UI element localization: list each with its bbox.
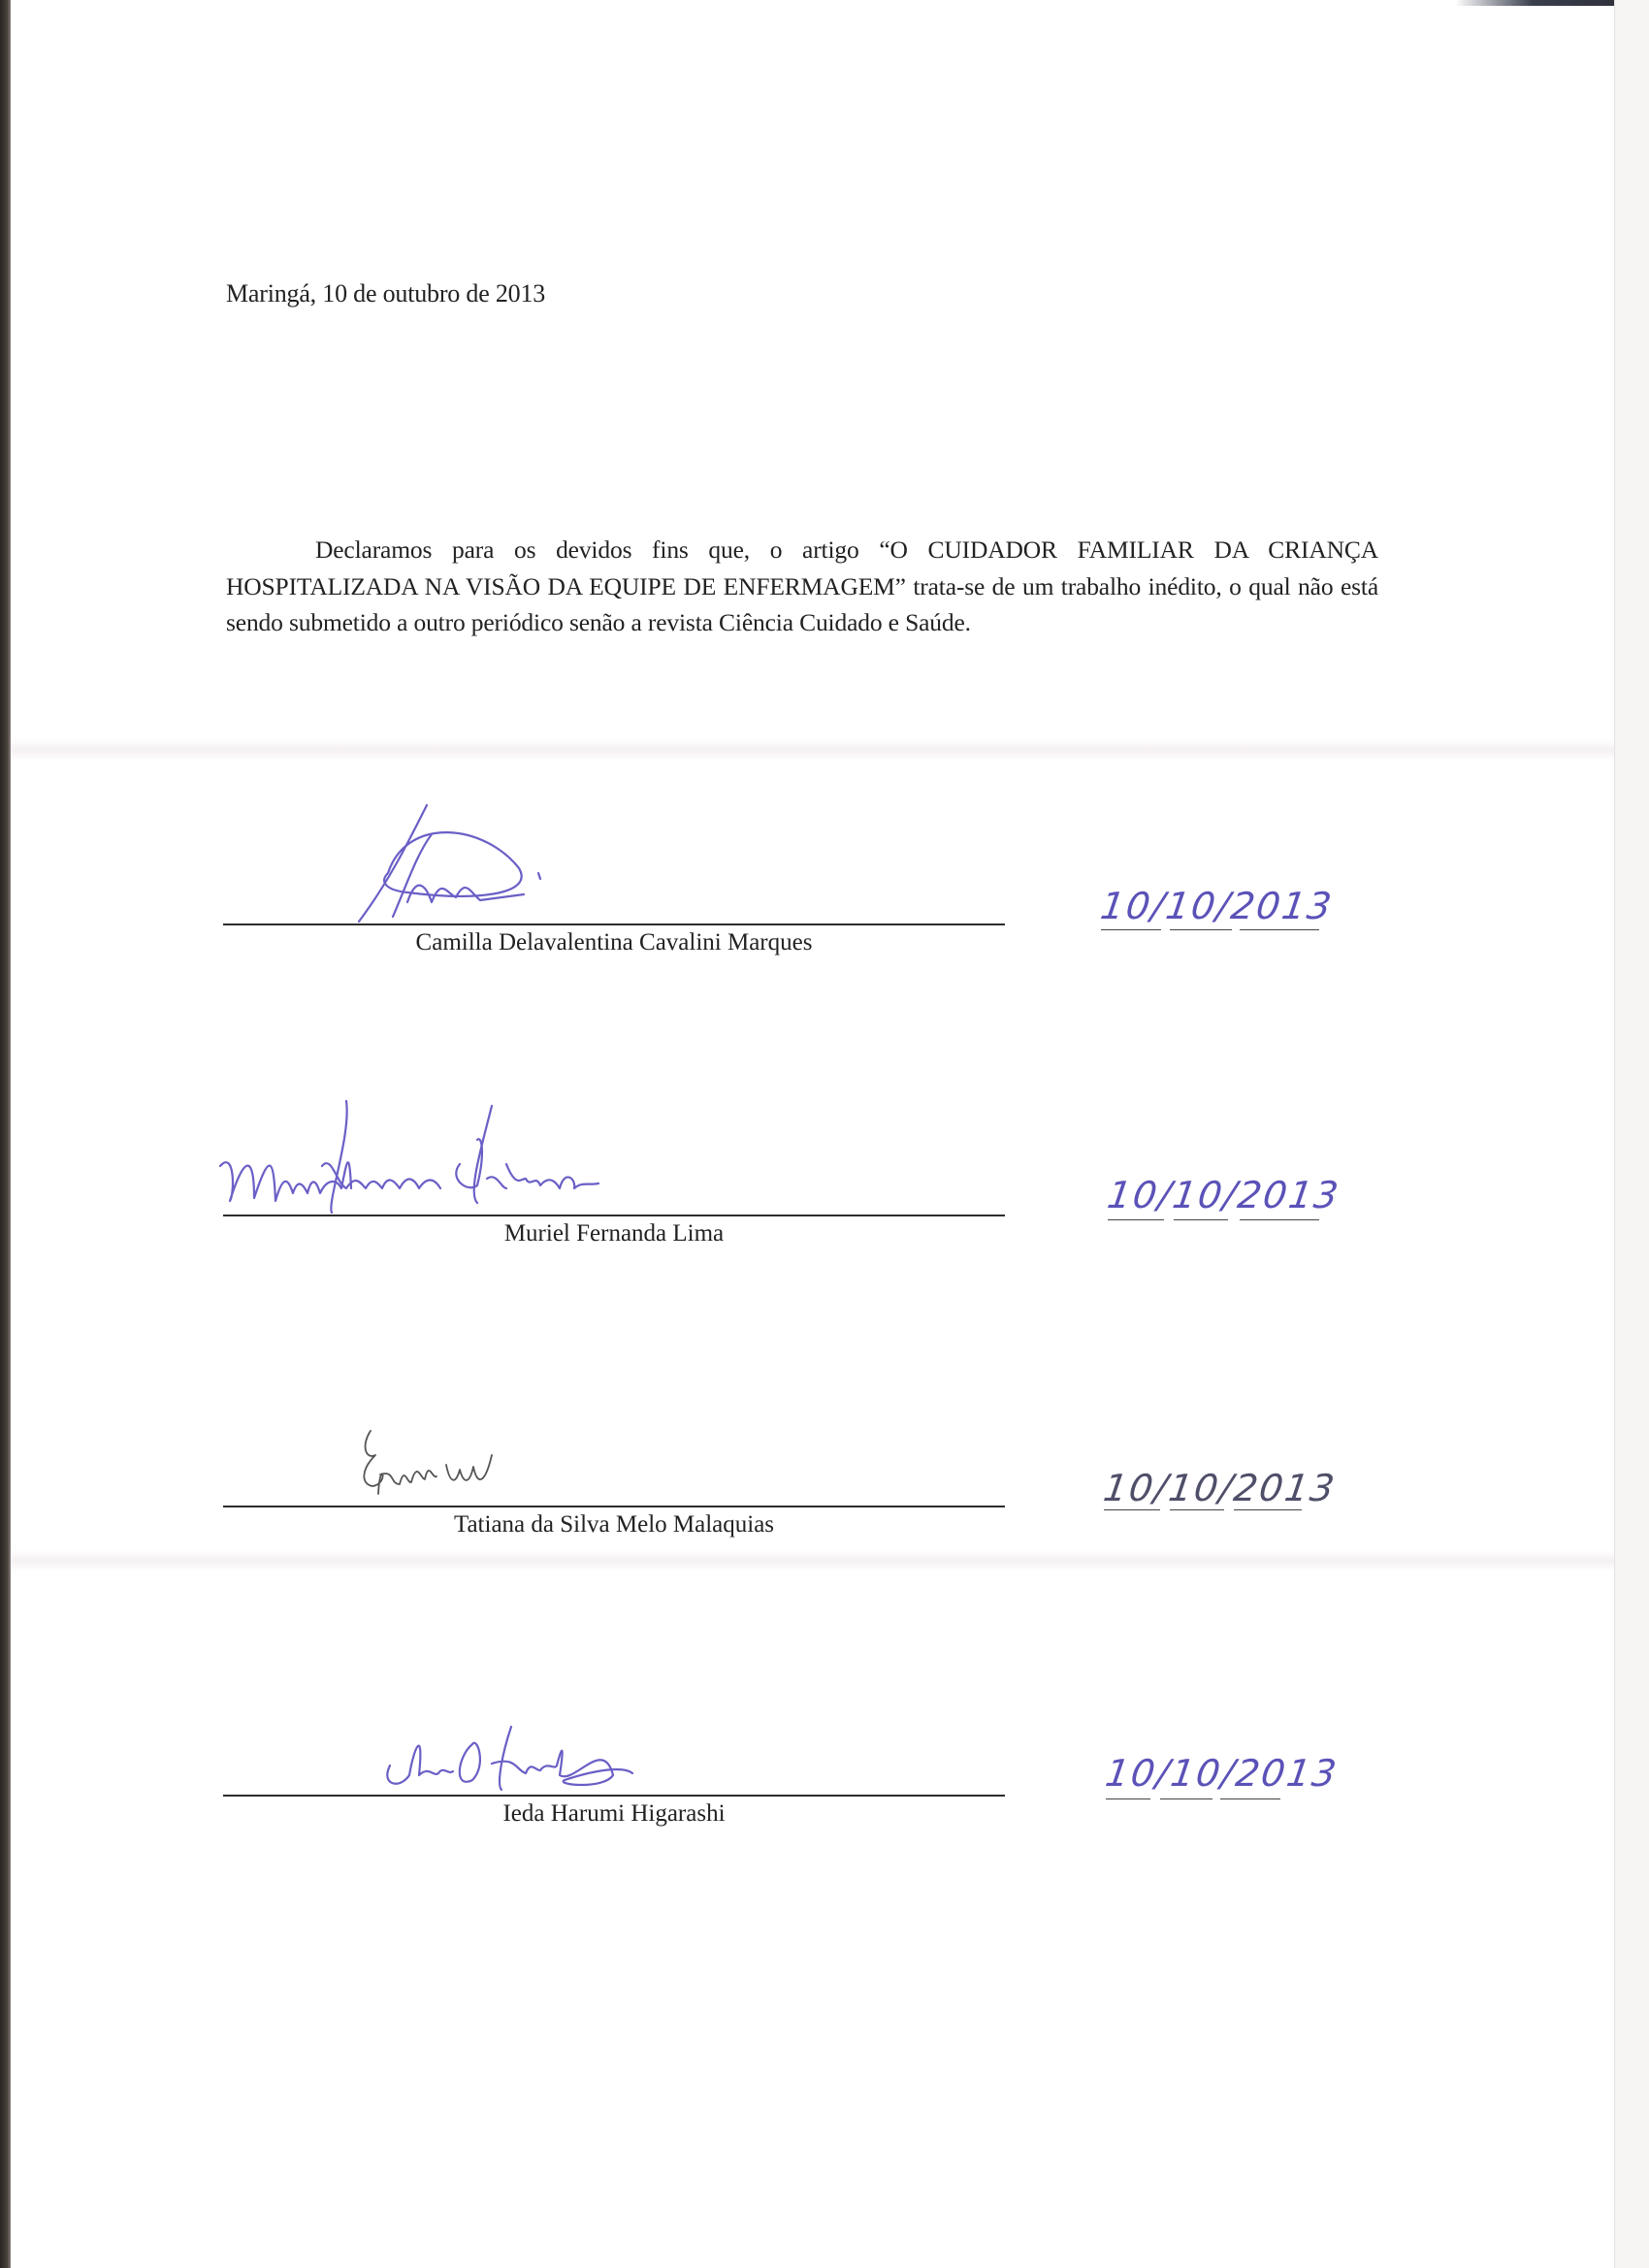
date-underline <box>1160 1798 1212 1799</box>
signatory-name: Tatiana da Silva Melo Malaquias <box>223 1511 1005 1539</box>
date-underline <box>1240 929 1319 930</box>
signature-line <box>223 1795 1005 1797</box>
signatory-name: Muriel Fernanda Lima <box>223 1220 1005 1247</box>
date-underline <box>1106 1798 1150 1799</box>
handwritten-date: 10/10/2013 <box>1105 1174 1342 1216</box>
date-underline <box>1240 1219 1319 1220</box>
signatory-name: Camilla Delavalentina Cavalini Marques <box>223 929 1005 956</box>
declaration-paragraph: Declaramos para os devidos fins que, o a… <box>226 532 1378 641</box>
scan-artifact-band <box>11 1550 1614 1571</box>
scan-artifact-band <box>11 739 1614 761</box>
signature-block: Muriel Fernanda Lima 10/10/2013 <box>0 1096 1649 1232</box>
date-underline <box>1234 1509 1302 1510</box>
signatory-name: Ieda Harumi Higarashi <box>223 1800 1005 1828</box>
signature-line <box>223 923 1005 925</box>
signature-block: Ieda Harumi Higarashi 10/10/2013 <box>0 1717 1649 1853</box>
signature-line <box>223 1506 1005 1507</box>
date-underline <box>1220 1798 1280 1799</box>
signature-scribble-icon <box>349 795 601 931</box>
date-underline <box>1174 1219 1228 1220</box>
signature-scribble-icon <box>341 1416 565 1513</box>
date-underline <box>1104 1509 1160 1510</box>
handwritten-date: 10/10/2013 <box>1103 1752 1341 1795</box>
signature-block: Camilla Delavalentina Cavalini Marques 1… <box>0 795 1649 931</box>
place-and-date: Maringá, 10 de outubro de 2013 <box>226 279 545 308</box>
date-underline <box>1170 929 1232 930</box>
handwritten-date: 10/10/2013 <box>1098 885 1336 927</box>
date-underline <box>1101 929 1161 930</box>
signature-line <box>223 1215 1005 1216</box>
date-underline <box>1170 1509 1224 1510</box>
signature-block: Tatiana da Silva Melo Malaquias 10/10/20… <box>0 1416 1649 1552</box>
handwritten-date: 10/10/2013 <box>1101 1467 1339 1509</box>
signature-scribble-icon <box>380 1717 797 1804</box>
date-underline <box>1108 1219 1164 1220</box>
